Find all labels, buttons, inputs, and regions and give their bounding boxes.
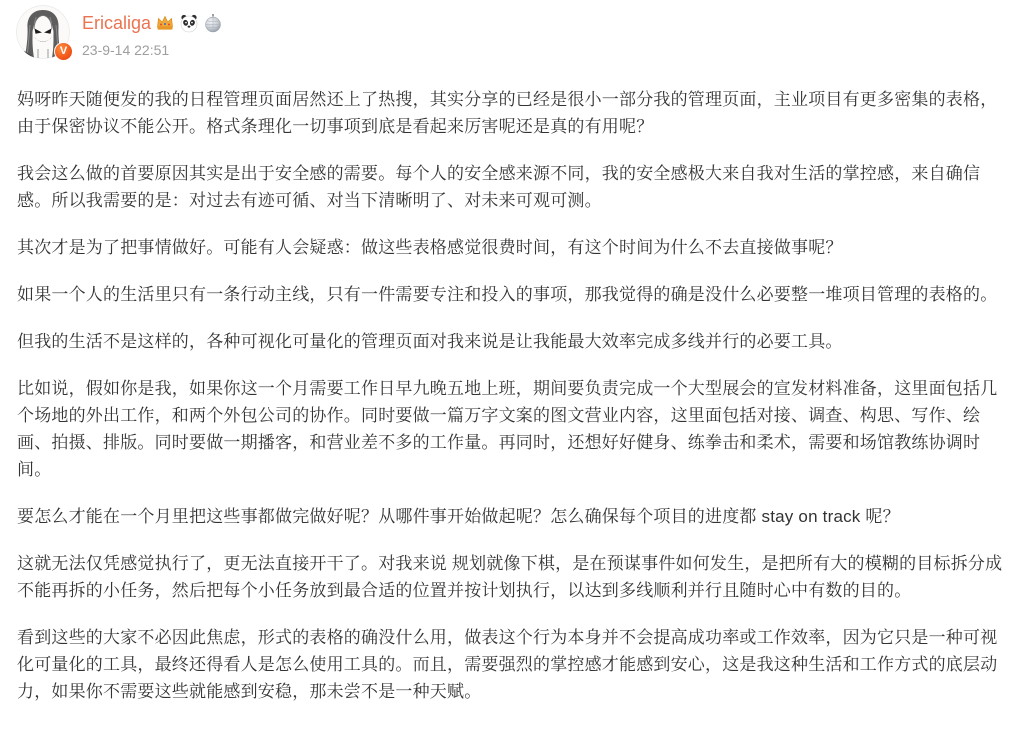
post-paragraph: 妈呀昨天随便发的我的日程管理页面居然还上了热搜，其实分享的已经是很小一部分我的管… xyxy=(17,86,1006,140)
post-paragraph: 要怎么才能在一个月里把这些事都做完做好呢？从哪件事开始做起呢？怎么确保每个项目的… xyxy=(17,503,1006,530)
panda-icon xyxy=(179,13,199,33)
disco-ball-icon xyxy=(203,13,223,33)
post-paragraph: 但我的生活不是这样的，各种可视化可量化的管理页面对我来说是让我能最大效率完成多线… xyxy=(17,328,1006,355)
post-header: V Ericaliga xyxy=(0,0,1024,64)
crown-icon xyxy=(155,13,175,33)
author-name[interactable]: Ericaliga xyxy=(82,11,151,35)
weibo-post: V Ericaliga xyxy=(0,0,1024,737)
post-paragraph: 比如说，假如你是我，如果你这一个月需要工作日早九晚五地上班，期间要负责完成一个大… xyxy=(17,375,1006,483)
post-paragraph: 看到这些的大家不必因此焦虑，形式的表格的确没什么用，做表这个行为本身并不会提高成… xyxy=(17,624,1006,705)
post-paragraph: 这就无法仅凭感觉执行了，更无法直接开干了。对我来说 规划就像下棋，是在预谋事件如… xyxy=(17,550,1006,604)
post-paragraph: 如果一个人的生活里只有一条行动主线，只有一件需要专注和投入的事项，那我觉得的确是… xyxy=(17,281,1006,308)
verified-badge: V xyxy=(54,42,73,61)
post-paragraph: 我会这么做的首要原因其实是出于安全感的需要。每个人的安全感来源不同，我的安全感极… xyxy=(17,160,1006,214)
author-line: Ericaliga xyxy=(82,11,223,35)
post-paragraph: 其次才是为了把事情做好。可能有人会疑惑：做这些表格感觉很费时间，有这个时间为什么… xyxy=(17,234,1006,261)
post-timestamp[interactable]: 23-9-14 22:51 xyxy=(82,41,223,59)
post-body-text: 妈呀昨天随便发的我的日程管理页面居然还上了热搜，其实分享的已经是很小一部分我的管… xyxy=(0,64,1024,705)
avatar[interactable]: V xyxy=(16,5,70,59)
header-meta: Ericaliga xyxy=(82,11,223,59)
